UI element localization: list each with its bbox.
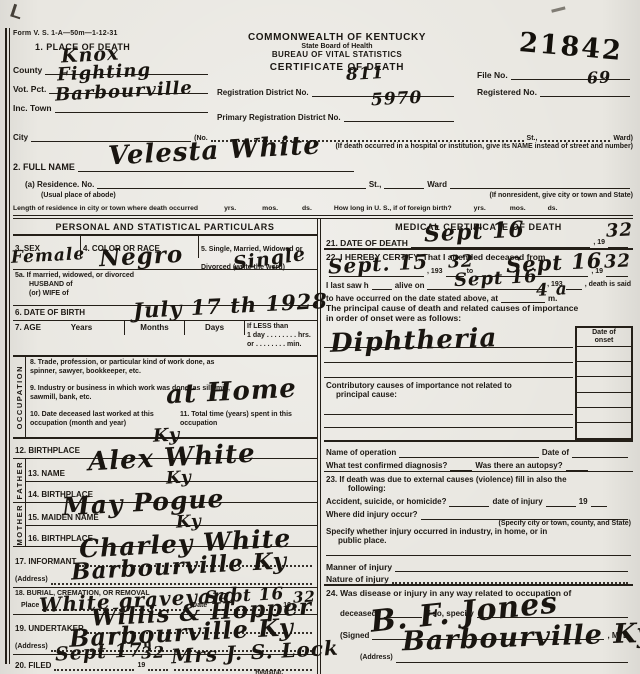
filed-date-handwritten: Sept 17" bbox=[55, 640, 155, 664]
date-of-death-year-blank bbox=[608, 246, 628, 248]
onset-cell bbox=[577, 423, 631, 437]
date-of-death-label: 21. DATE OF DEATH bbox=[326, 238, 408, 248]
foreign-mos: mos. bbox=[510, 205, 526, 212]
filed-row: 20. FILED 19 Sept 17" 32 Mrs J. S. Lock … bbox=[13, 655, 317, 674]
full-name-row: 2. FULL NAME Velesta White bbox=[13, 150, 633, 172]
question-23-block: 23. If death was due to external causes … bbox=[324, 472, 633, 556]
file-no-label: File No. bbox=[477, 70, 508, 80]
married-label-2: HUSBAND of bbox=[15, 281, 315, 290]
age-years-label: Years bbox=[41, 323, 122, 333]
header-center: COMMONWEALTH OF KENTUCKY State Board of … bbox=[211, 30, 463, 122]
physician-address-handwritten: Barbourville Ky bbox=[402, 620, 640, 656]
form-number: Form V. S. 1-A—50m—1-12-31 bbox=[13, 30, 211, 37]
age-label: 7. AGE bbox=[15, 323, 41, 333]
q23-line4a: Specify whether injury occurred in indus… bbox=[326, 527, 631, 537]
age-days-label: Days bbox=[185, 321, 245, 335]
age-less-3: or . . . . . . . . min. bbox=[247, 341, 315, 350]
last-saw-label1: I last saw h bbox=[326, 281, 369, 291]
operation-date-label: Date of bbox=[542, 448, 569, 458]
registered-no-label: Registered No. bbox=[477, 87, 537, 97]
q23-injury-date-label: date of injury bbox=[492, 497, 542, 507]
residence-label: (a) Residence. No. bbox=[25, 180, 94, 189]
cause-contributory-area: Diphtheria Contributory causes of import… bbox=[324, 326, 633, 442]
primary-district-handwritten: 5970 bbox=[371, 90, 423, 110]
primary-district-blank bbox=[344, 120, 454, 122]
father-side-label: FATHER bbox=[13, 459, 26, 502]
board-subtitle: State Board of Health bbox=[211, 43, 463, 50]
time-handwritten: 4 a bbox=[536, 281, 569, 300]
age-less-1: If LESS than bbox=[247, 323, 315, 332]
registered-no-handwritten: 69 bbox=[587, 69, 612, 86]
nonresident-note: (If nonresident, give city or town and S… bbox=[489, 192, 633, 199]
death-certificate-scan: Form V. S. 1-A—50m—1-12-31 1. PLACE OF D… bbox=[0, 0, 640, 674]
nature-label: Nature of injury bbox=[326, 574, 389, 584]
nature-blank bbox=[392, 582, 628, 584]
principal-line2: in order of onset were as follows: bbox=[326, 313, 631, 323]
q23-where-blank bbox=[421, 518, 628, 520]
personal-title: PERSONAL AND STATISTICAL PARTICULARS bbox=[13, 219, 317, 236]
physician-address-label: (Address) bbox=[360, 654, 393, 663]
onset-cell bbox=[577, 377, 631, 392]
contributory-blank-1 bbox=[324, 402, 573, 415]
inc-town-field: Inc. Town Barbourville bbox=[13, 94, 211, 113]
registrar-label: Registrar. bbox=[255, 670, 283, 674]
age-less-2: 1 day . . . . . . . . hrs. bbox=[247, 332, 315, 341]
city-row: City (No. St., Ward) (If death occurred … bbox=[13, 128, 633, 150]
foreign-label: How long in U. S., if of foreign birth? bbox=[334, 205, 452, 212]
q23-line1: 23. If death was due to external causes … bbox=[326, 475, 631, 485]
registered-no-blank bbox=[540, 95, 630, 97]
registration-district-label: Registration District No. bbox=[217, 88, 309, 97]
physician-address-blank bbox=[396, 661, 628, 663]
test-label: What test confirmed diagnosis? bbox=[326, 461, 447, 471]
length-of-residence-row: Length of residence in city or town wher… bbox=[13, 199, 633, 212]
occ11-label: 11. Total time (years) spent in this occ… bbox=[180, 411, 315, 429]
burial-place-label: Place bbox=[15, 602, 39, 611]
q23-line4b: public place. bbox=[326, 536, 631, 546]
filed-year-handwritten: 32 bbox=[141, 644, 166, 661]
q23-line1b: following: bbox=[326, 484, 631, 494]
cause-line-3 bbox=[324, 363, 573, 378]
informant-address-label: (Address) bbox=[15, 576, 48, 585]
manner-row: Manner of injury bbox=[324, 556, 633, 572]
certify-from-handwritten: Sept. 15 bbox=[328, 252, 429, 277]
scan-artifact bbox=[10, 4, 24, 19]
header-left: Form V. S. 1-A—50m—1-12-31 1. PLACE OF D… bbox=[13, 30, 211, 122]
signed-label: (Signed bbox=[340, 631, 369, 641]
inc-town-label: Inc. Town bbox=[13, 103, 52, 113]
operation-label: Name of operation bbox=[326, 448, 396, 458]
onset-cell bbox=[577, 408, 631, 423]
city-label: City bbox=[13, 133, 28, 142]
principal-line1: The principal cause of death and related… bbox=[326, 303, 631, 313]
contributory-blank-2 bbox=[324, 415, 573, 428]
autopsy-label: Was there an autopsy? bbox=[475, 461, 562, 471]
residence-st-label: St., bbox=[369, 180, 381, 189]
city-ward-blank bbox=[540, 140, 610, 142]
header: Form V. S. 1-A—50m—1-12-31 1. PLACE OF D… bbox=[13, 30, 633, 122]
scan-artifact bbox=[551, 6, 567, 17]
contributory-line2: principal cause: bbox=[326, 390, 571, 400]
occupation-side-label: OCCUPATION bbox=[13, 357, 26, 437]
contributory-blank-3 bbox=[324, 428, 573, 440]
registered-no-field: Registered No. 69 bbox=[477, 80, 633, 97]
mother-name-row: 15. MAIDEN NAME May Pogue bbox=[26, 503, 317, 526]
abode-note: (Usual place of abode) bbox=[41, 192, 116, 199]
county-label: County bbox=[13, 65, 42, 75]
certify-block: 22. I HEREBY CERTIFY, That I attended de… bbox=[324, 250, 633, 326]
q23-where-label: Where did injury occur? bbox=[326, 510, 418, 520]
contributory-line1: Contributory causes of importance not re… bbox=[326, 381, 571, 391]
filed-year-prefix: 19 bbox=[137, 662, 145, 671]
length-mos: mos. bbox=[262, 205, 278, 212]
filed-date-blank bbox=[54, 669, 134, 671]
onset-cell bbox=[577, 347, 631, 362]
q23-specify-note: (Specify city or town, county, and State… bbox=[326, 520, 631, 527]
last-saw-label2: alive on bbox=[395, 281, 425, 291]
undertaker-address-label: (Address) bbox=[15, 643, 48, 652]
contributory-label-block: Contributory causes of importance not re… bbox=[324, 378, 573, 402]
test-autopsy-row: What test confirmed diagnosis? Was there… bbox=[324, 458, 633, 472]
occurred-label: to have occurred on the date stated abov… bbox=[326, 294, 498, 304]
onset-header: Date of onset bbox=[577, 328, 631, 347]
inc-town-blank bbox=[55, 111, 208, 113]
certificate-title: CERTIFICATE OF DEATH bbox=[211, 62, 463, 73]
occurred-row: to have occurred on the date stated abov… bbox=[326, 290, 631, 303]
foreign-ds: ds. bbox=[548, 205, 558, 212]
bureau-subtitle: BUREAU OF VITAL STATISTICS bbox=[211, 50, 463, 59]
hospital-note: (If death occurred in a hospital or inst… bbox=[13, 143, 633, 150]
full-name-label: 2. FULL NAME bbox=[13, 162, 75, 172]
last-saw-handwritten: Sept 16 bbox=[454, 268, 538, 290]
date-of-onset-box: Date of onset bbox=[575, 326, 633, 440]
primary-district-field: Primary Registration District No. 5970 bbox=[211, 103, 463, 122]
q23-19-label: 19 bbox=[579, 497, 588, 507]
nature-row: Nature of injury bbox=[324, 572, 633, 586]
commonwealth-title: COMMONWEALTH OF KENTUCKY bbox=[211, 32, 463, 43]
sex-handwritten: Female bbox=[11, 246, 86, 267]
registration-district-field: Registration District No. 811 bbox=[211, 78, 463, 97]
q23-accident-row: Accident, suicide, or homicide? date of … bbox=[326, 494, 631, 507]
q23-where-row: Where did injury occur? bbox=[326, 507, 631, 520]
length-ds: ds. bbox=[302, 205, 312, 212]
filed-year-blank bbox=[148, 669, 168, 671]
filed-label: 20. FILED bbox=[15, 661, 51, 671]
certify-mid: , 193 bbox=[427, 268, 443, 277]
father-name-label: 13. NAME bbox=[28, 469, 65, 479]
birthplace-label: 12. BIRTHPLACE bbox=[15, 446, 80, 456]
length-yrs: yrs. bbox=[224, 205, 236, 212]
date-of-death-year-handwritten: 32 bbox=[605, 221, 633, 240]
registrar-blank bbox=[174, 669, 312, 671]
certify-to-year-handwritten: 32 bbox=[603, 252, 631, 271]
cause-handwritten: Diphtheria bbox=[330, 325, 498, 357]
residence-row: (a) Residence. No. St., Ward (Usual plac… bbox=[13, 176, 633, 199]
length-label: Length of residence in city or town wher… bbox=[13, 205, 198, 212]
dob-row: 6. DATE OF BIRTH July 17 th 1928 bbox=[13, 306, 317, 321]
inc-town-handwritten: Barbourville bbox=[55, 79, 194, 104]
medical-section: MEDICAL CERTIFICATE OF DEATH 21. DATE OF… bbox=[321, 219, 633, 674]
header-right: 21842 File No. Registered No. 69 bbox=[463, 30, 633, 122]
onset-cell bbox=[577, 362, 631, 377]
last-saw-label4: , death is said bbox=[585, 281, 631, 290]
race-handwritten: Negro bbox=[98, 243, 183, 270]
registration-district-handwritten: 811 bbox=[346, 65, 385, 84]
question-24-block: 24. Was disease or injury in any way rel… bbox=[324, 586, 633, 665]
date-of-death-handwritten: Sept 16 bbox=[423, 218, 525, 245]
test-blank bbox=[450, 469, 472, 471]
q23-accident-label: Accident, suicide, or homicide? bbox=[326, 497, 446, 507]
last-saw-row: I last saw h alive on , 193 , death is s… bbox=[326, 277, 631, 290]
certificate-number-stamp: 21842 bbox=[518, 27, 634, 68]
primary-district-label: Primary Registration District No. bbox=[217, 113, 341, 122]
autopsy-blank bbox=[566, 469, 588, 471]
age-row: 7. AGE Years Months Days If LESS than 1 … bbox=[13, 321, 317, 357]
occurred-time-blank bbox=[501, 301, 545, 303]
physician-address-row: (Address) Barbourville Ky bbox=[326, 640, 631, 663]
manner-label: Manner of injury bbox=[326, 562, 392, 572]
residence-ward-label: Ward bbox=[427, 180, 447, 189]
city-st-label: St., bbox=[527, 135, 538, 142]
occupation-handwritten: at Home bbox=[165, 376, 297, 409]
onset-cell bbox=[577, 393, 631, 408]
vot-pct-label: Vot. Pct. bbox=[13, 84, 46, 94]
operation-row: Name of operation Date of bbox=[324, 442, 633, 458]
left-border-rule bbox=[5, 28, 10, 664]
sex-race-marital-row: 3. SEX Female 4. COLOR OR RACE Negro 5. … bbox=[13, 236, 317, 270]
dob-label: 6. DATE OF BIRTH bbox=[15, 308, 85, 318]
mother-side-label: MOTHER bbox=[13, 503, 26, 546]
city-ward-label: Ward) bbox=[613, 135, 633, 142]
foreign-yrs: yrs. bbox=[474, 205, 486, 212]
cause-line-1: Diphtheria bbox=[324, 326, 573, 348]
personal-section: PERSONAL AND STATISTICAL PARTICULARS 3. … bbox=[13, 219, 321, 674]
q23-bottom-blank bbox=[326, 546, 631, 556]
informant-label: 17. INFORMANT bbox=[15, 557, 76, 567]
